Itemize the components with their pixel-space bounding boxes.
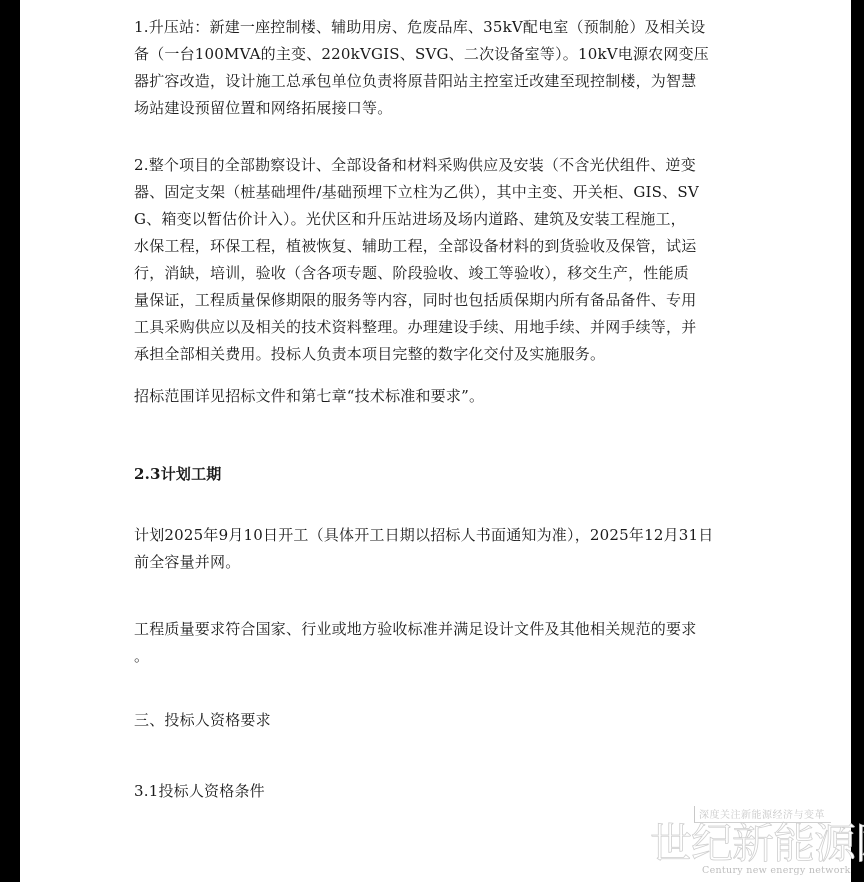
section-heading-schedule: 2.3计划工期 <box>134 461 740 488</box>
paragraph-bid-scope-reference: 招标范围详见招标文件和第七章“技术标准和要求”。 <box>134 383 740 410</box>
document-page: 1.升压站：新建一座控制楼、辅助用房、危废品库、35kV配电室（预制舱）及相关设… <box>20 0 851 882</box>
section-heading-bidder-qualifications: 三、投标人资格要求 <box>134 707 740 734</box>
site-watermark: 深度关注新能源经济与变革 世纪新能源网 Century new energy n… <box>632 800 864 882</box>
text-line: 量保证，工程质量保修期限的服务等内容，同时也包括质保期内所有备品备件、专用 <box>134 287 740 314</box>
text-line: 1.升压站：新建一座控制楼、辅助用房、危废品库、35kV配电室（预制舱）及相关设 <box>134 14 740 41</box>
text-line: 行，消缺，培训，验收（含各项专题、阶段验收、竣工等验收），移交生产，性能质 <box>134 260 740 287</box>
text-line: 承担全部相关费用。投标人负责本项目完整的数字化交付及实施服务。 <box>134 341 740 368</box>
text-line: 水保工程，环保工程，植被恢复、辅助工程，全部设备材料的到货验收及保管，试运 <box>134 233 740 260</box>
watermark-logo-text: 世纪新能源网 <box>650 820 864 868</box>
paragraph-quality-requirements: 工程质量要求符合国家、行业或地方验收标准并满足设计文件及其他相关规范的要求 。 <box>134 616 740 670</box>
subsection-heading-qualification-conditions: 3.1投标人资格条件 <box>134 778 740 805</box>
text-line: 工程质量要求符合国家、行业或地方验收标准并满足设计文件及其他相关规范的要求 <box>134 616 740 643</box>
text-line: 招标范围详见招标文件和第七章“技术标准和要求”。 <box>134 383 740 410</box>
text-line: 前全容量并网。 <box>134 549 740 576</box>
heading-text: 2.3计划工期 <box>134 461 740 488</box>
text-line: 。 <box>134 643 740 670</box>
paragraph-project-scope: 2.整个项目的全部勘察设计、全部设备和材料采购供应及安装（不含光伏组件、逆变 器… <box>134 152 740 368</box>
heading-text: 3.1投标人资格条件 <box>134 778 740 805</box>
text-line: 2.整个项目的全部勘察设计、全部设备和材料采购供应及安装（不含光伏组件、逆变 <box>134 152 740 179</box>
text-line: 器扩容改造，设计施工总承包单位负责将原昔阳站主控室迁改建至现控制楼，为智慧 <box>134 68 740 95</box>
text-line: 计划2025年9月10日开工（具体开工日期以招标人书面通知为准），2025年12… <box>134 522 740 549</box>
paragraph-schedule-dates: 计划2025年9月10日开工（具体开工日期以招标人书面通知为准），2025年12… <box>134 522 740 576</box>
heading-text: 三、投标人资格要求 <box>134 707 740 734</box>
paragraph-booster-station: 1.升压站：新建一座控制楼、辅助用房、危废品库、35kV配电室（预制舱）及相关设… <box>134 14 740 122</box>
watermark-subtitle: Century new energy network <box>702 865 851 876</box>
text-line: G、箱变以暂估价计入）。光伏区和升压站进场及场内道路、建筑及安装工程施工， <box>134 206 740 233</box>
text-line: 工具采购供应以及相关的技术资料整理。办理建设手续、用地手续、并网手续等，并 <box>134 314 740 341</box>
text-line: 备（一台100MVA的主变、220kVGIS、SVG、二次设备室等）。10kV电… <box>134 41 740 68</box>
text-line: 器、固定支架（桩基础埋件/基础预埋下立柱为乙供），其中主变、开关柜、GIS、SV <box>134 179 740 206</box>
watermark-tagline: 深度关注新能源经济与变革 <box>694 806 831 823</box>
text-line: 场站建设预留位置和网络拓展接口等。 <box>134 95 740 122</box>
